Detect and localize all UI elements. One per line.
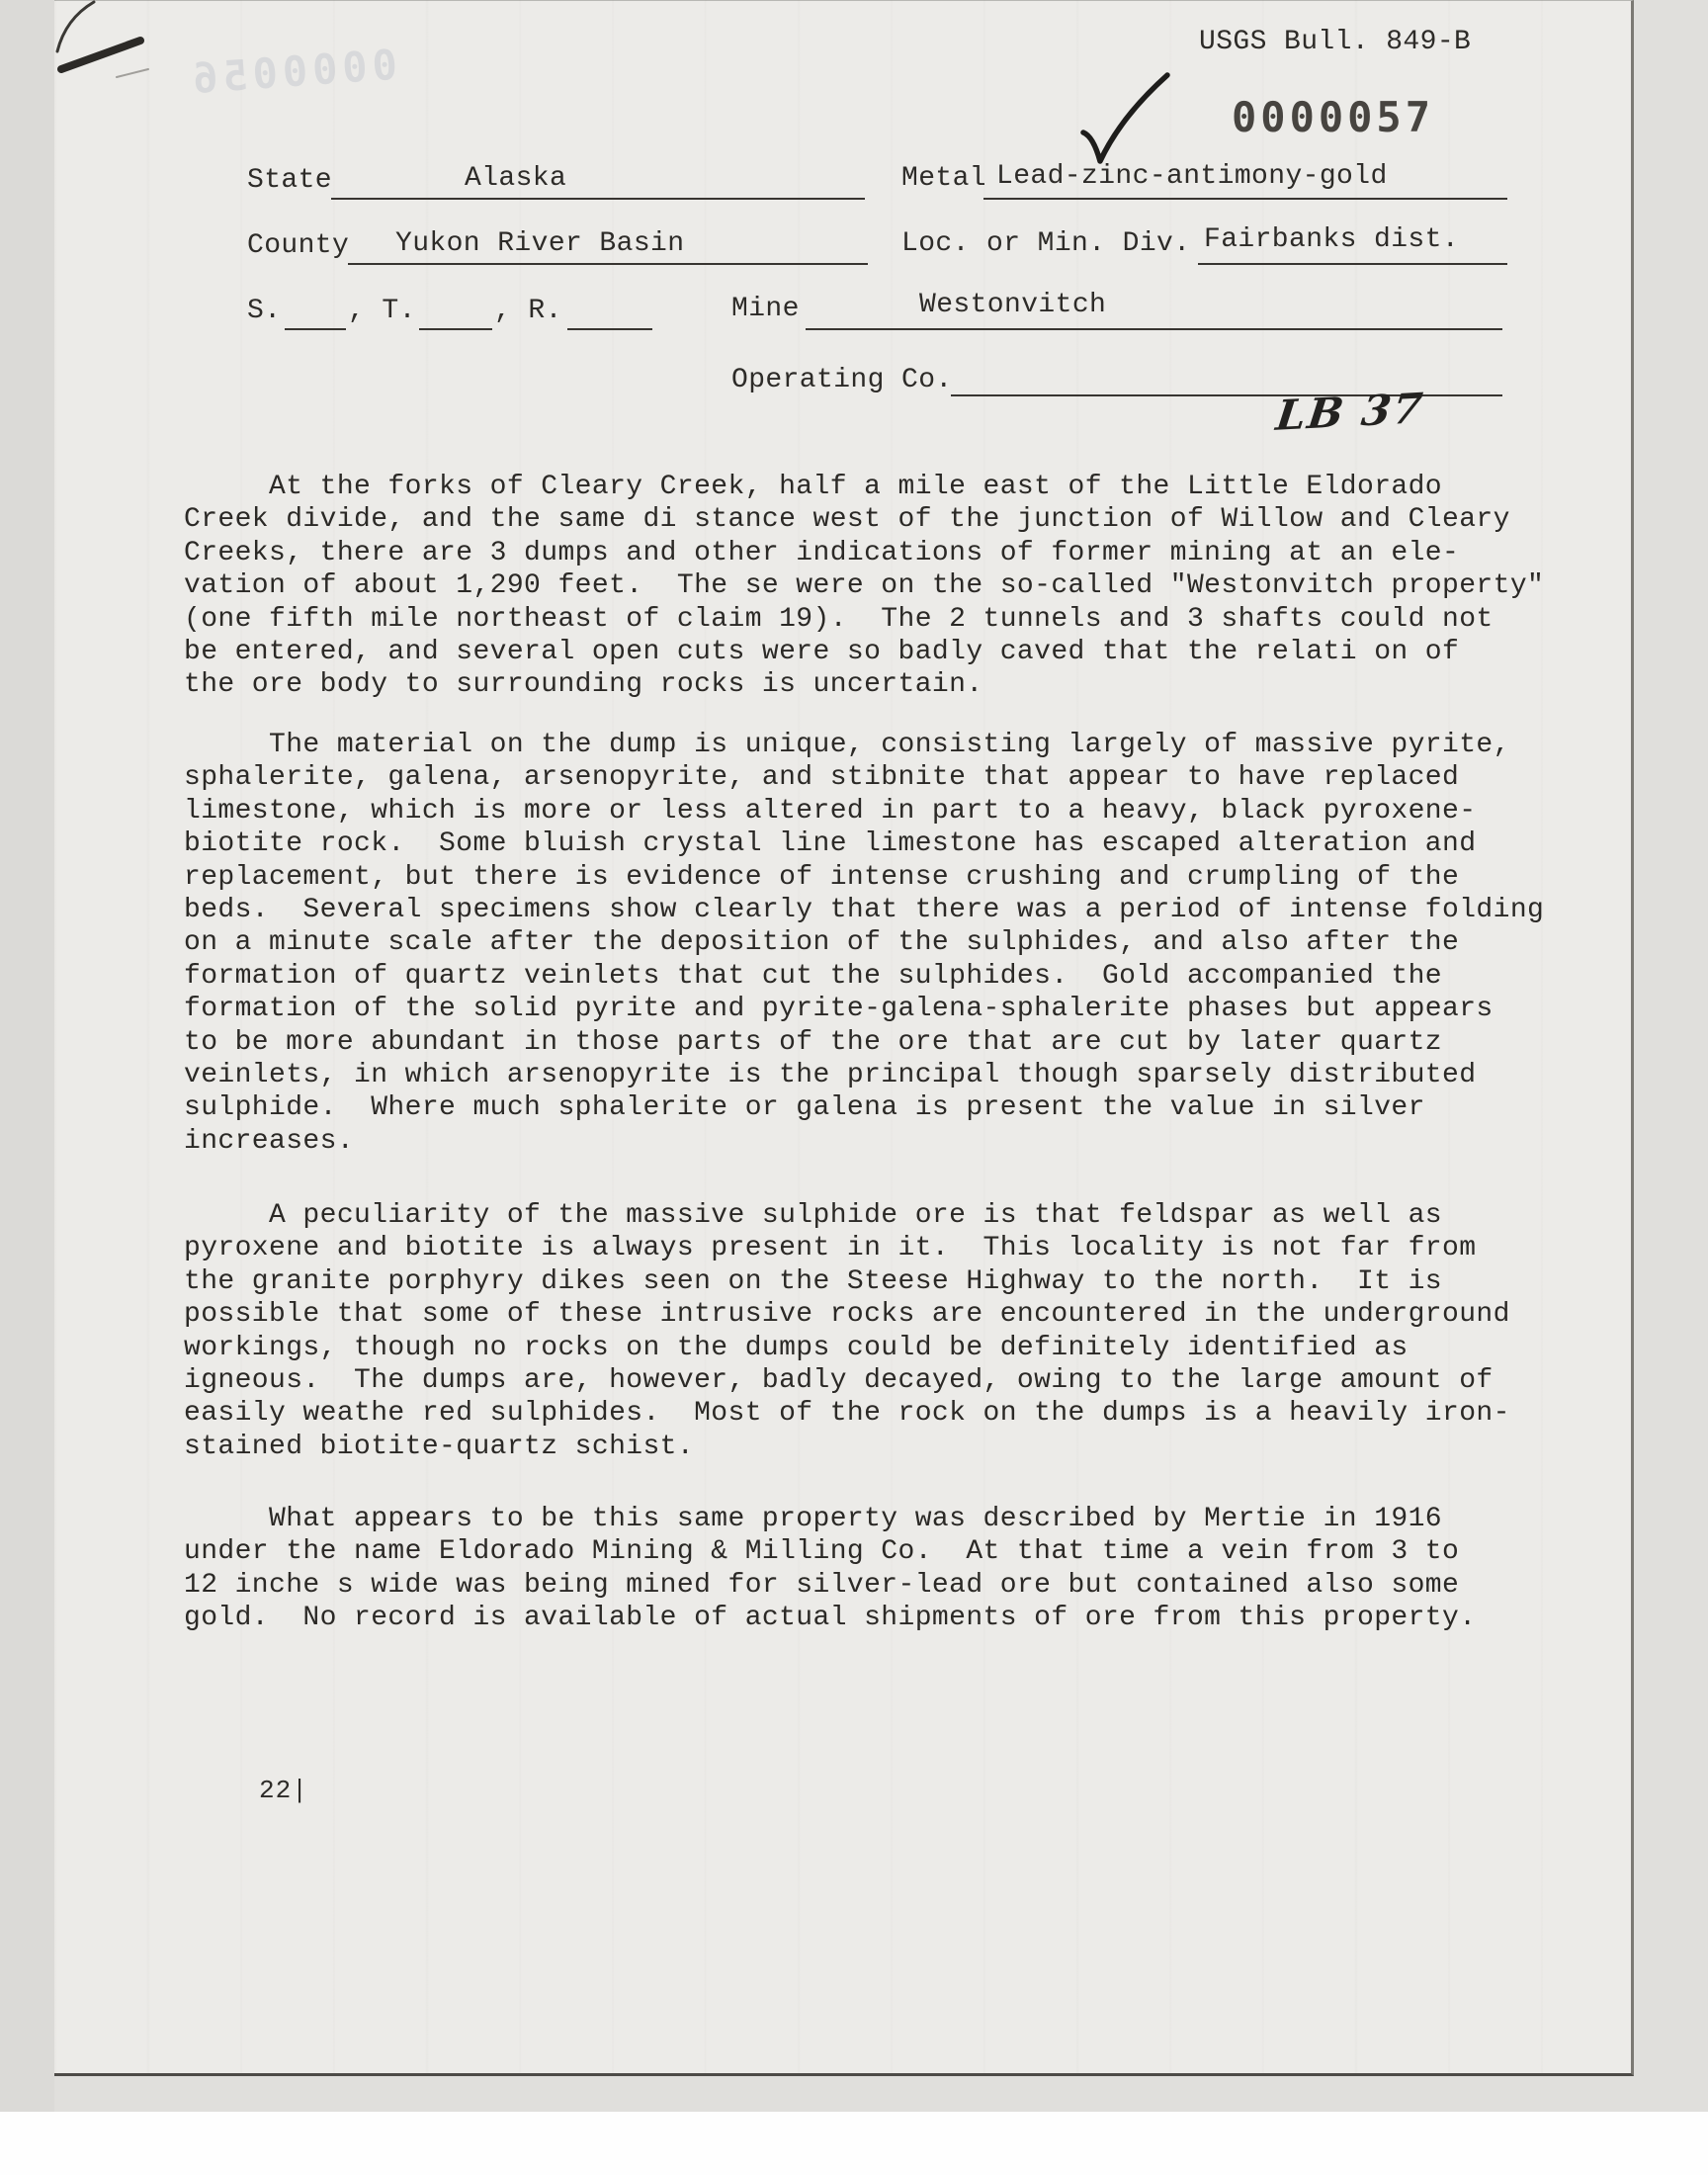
metal-label: Metal <box>901 162 986 195</box>
underline <box>806 328 1502 330</box>
underline <box>331 198 865 200</box>
county-value: Yukon River Basin <box>395 227 684 260</box>
mining-division-value: Fairbanks dist. <box>1204 223 1459 256</box>
scan-bottom-margin <box>0 2112 1708 2175</box>
underline <box>285 328 346 330</box>
paragraph: What appears to be this same property wa… <box>184 1503 1476 1635</box>
county-label: County <box>247 229 349 262</box>
handwritten-checkmark-icon <box>1073 65 1192 174</box>
underline <box>1198 263 1507 265</box>
underline <box>348 263 868 265</box>
township-label: , T. <box>348 295 416 327</box>
paragraph: A peculiarity of the massive sulphide or… <box>184 1199 1510 1463</box>
mine-label: Mine <box>731 293 800 325</box>
state-value: Alaska <box>465 162 566 195</box>
handwritten-note: LB 37 <box>1273 384 1426 440</box>
paragraph: The material on the dump is unique, cons… <box>184 729 1544 1158</box>
metal-value: Lead-zinc-antimony-gold <box>996 160 1388 193</box>
mine-value: Westonvitch <box>919 289 1106 321</box>
underline <box>567 328 652 330</box>
operating-co-label: Operating Co. <box>731 364 953 396</box>
underline <box>983 198 1507 200</box>
underline <box>419 328 492 330</box>
paragraph: At the forks of Cleary Creek, half a mil… <box>184 471 1544 702</box>
state-label: State <box>247 164 332 197</box>
scanned-document: 0000056 USGS Bull. 849-B 0000057 State A… <box>0 0 1708 2175</box>
mining-division-label: Loc. or Min. Div. <box>901 227 1190 260</box>
page-number: 22| <box>259 1776 308 1805</box>
document-number-stamp: 0000057 <box>1232 93 1434 141</box>
range-label: , R. <box>494 295 562 327</box>
section-label: S. <box>247 295 281 327</box>
scan-left-edge <box>0 0 54 2112</box>
bulletin-reference: USGS Bull. 849-B <box>1199 26 1471 58</box>
